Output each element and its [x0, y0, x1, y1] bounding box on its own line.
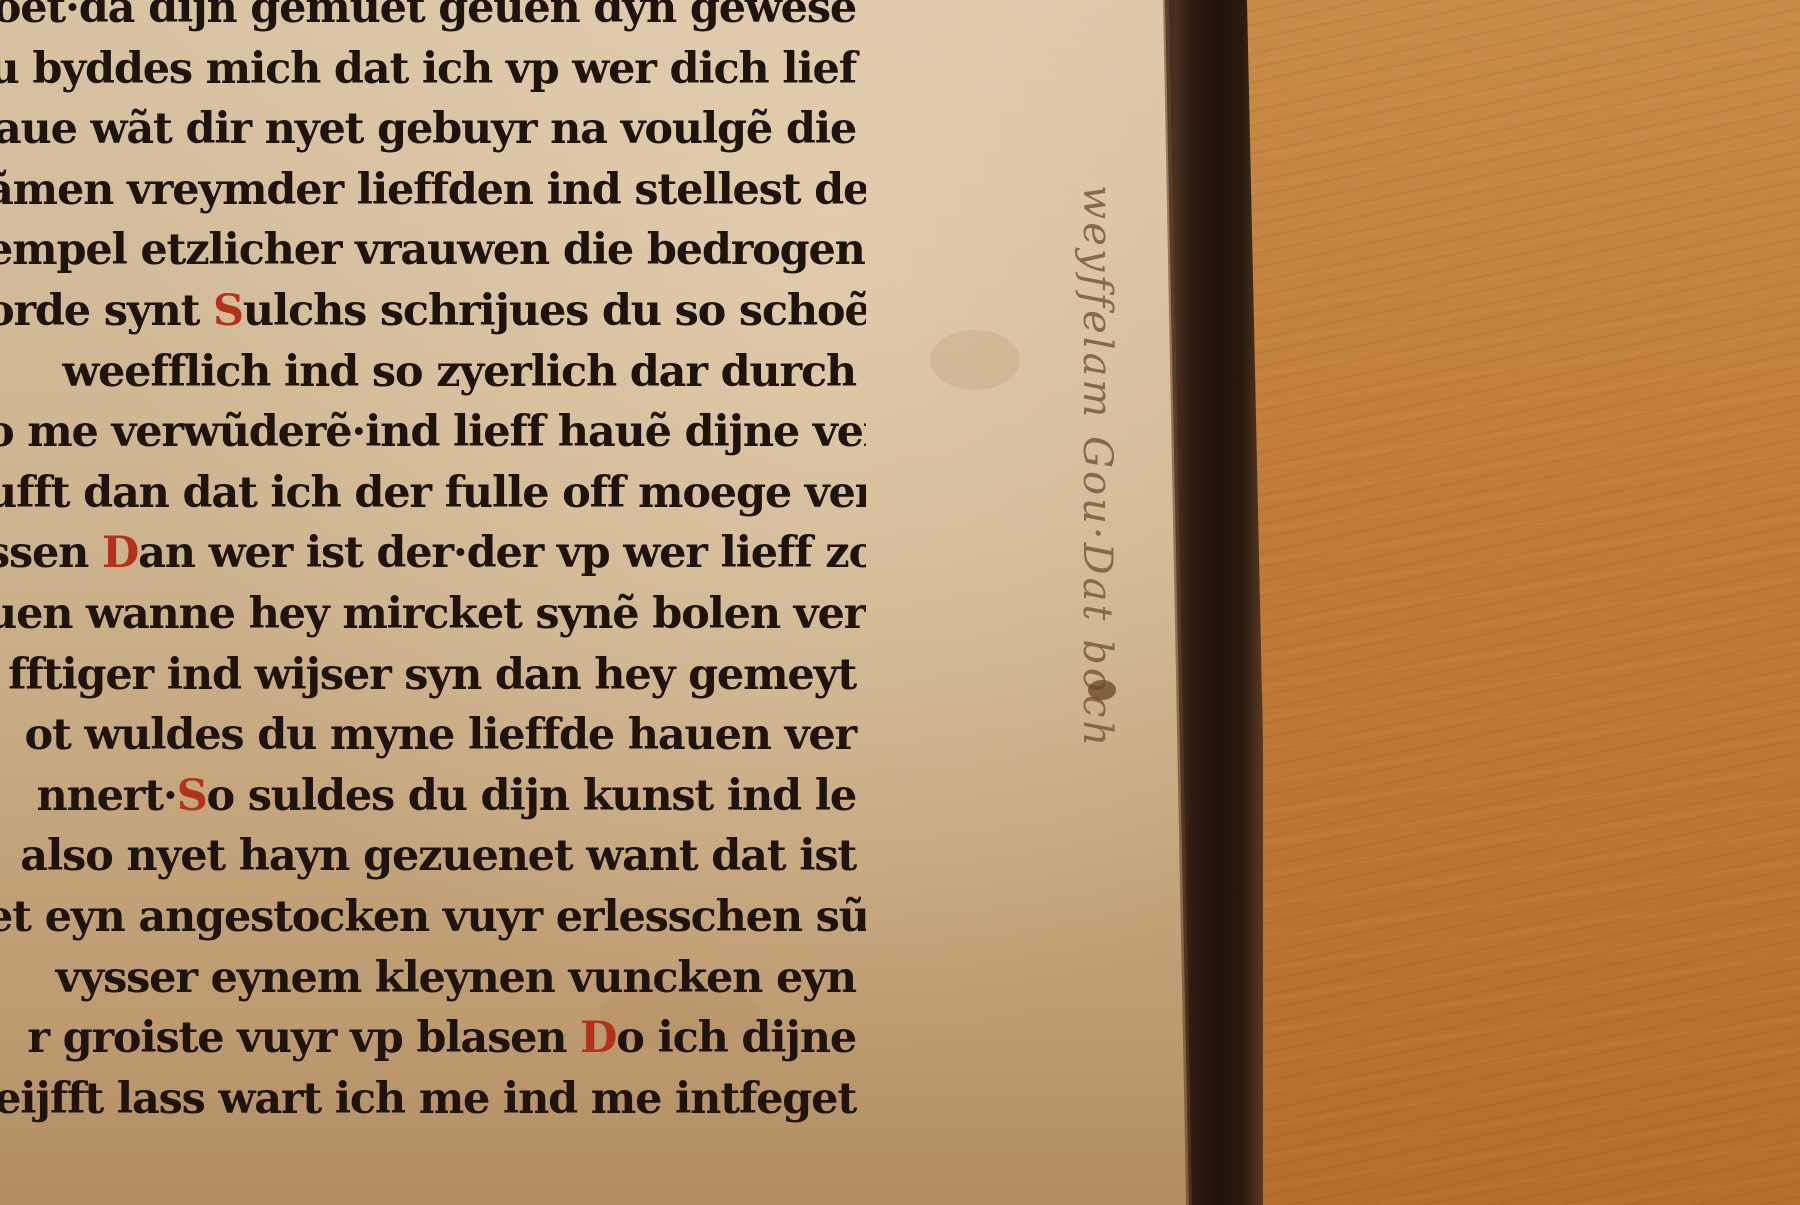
ink-blot: [1088, 680, 1116, 700]
text-line: ot wuldes du myne lieffde hauen ver: [0, 705, 866, 766]
rubricated-initial: D: [102, 528, 138, 578]
text-line: o me verwũderẽ·ind lieff hauẽ dijne ver: [0, 402, 866, 463]
text-line: orde synt Sulchs schrijues du so schoẽ: [0, 281, 866, 342]
text-line: empel etzlicher vrauwen die bedrogen: [0, 220, 866, 281]
text-line: oet·da dijn gemuet geuen dyn gewese: [0, 0, 866, 39]
text-line: vysser eynem kleynen vuncken eyn: [0, 948, 866, 1009]
text-line: eijfft lass wart ich me ind me intfeget: [0, 1069, 866, 1130]
photo-scene: oet·da dijn gemuet geuen dyn gewese u by…: [0, 0, 1800, 1205]
text-line: nnert·So suldes du dijn kunst ind le: [0, 766, 866, 827]
paper-stain: [930, 330, 1020, 390]
text-line: u byddes mich dat ich vp wer dich lief: [0, 39, 866, 100]
text-line: weefflich ind so zyerlich dar durch: [0, 342, 866, 403]
text-line: ssen Dan wer ist der·der vp wer lieff zo: [0, 523, 866, 584]
text-line: also nyet hayn gezuenet want dat ist: [0, 826, 866, 887]
printed-text-block: oet·da dijn gemuet geuen dyn gewese u by…: [0, 0, 866, 1129]
rubricated-initial: S: [213, 286, 243, 336]
handwritten-marginal-note: weyffelam Gou·Dat boch: [1048, 185, 1138, 965]
text-line: et eyn angestocken vuyr erlesschen sũ: [0, 887, 866, 948]
rubricated-initial: S: [177, 771, 207, 821]
rubricated-initial: D: [580, 1013, 616, 1063]
book-page: oet·da dijn gemuet geuen dyn gewese u by…: [0, 0, 1190, 1205]
text-line: ufft dan dat ich der fulle off moege ver: [0, 463, 866, 524]
text-line: fftiger ind wijser syn dan hey gemeyt: [0, 645, 866, 706]
marginalia-text: weyffelam Gou·Dat boch: [1074, 185, 1120, 749]
text-line: ãmen vreymder lieffden ind stellest dess: [0, 160, 866, 221]
text-line: r groiste vuyr vp blasen Do ich dijne: [0, 1008, 866, 1069]
wooden-table-surface: [1230, 0, 1800, 1205]
text-line: aue wãt dir nyet gebuyr na voulgẽ die: [0, 99, 866, 160]
text-line: uen wanne hey mircket synẽ bolen ver: [0, 584, 866, 645]
